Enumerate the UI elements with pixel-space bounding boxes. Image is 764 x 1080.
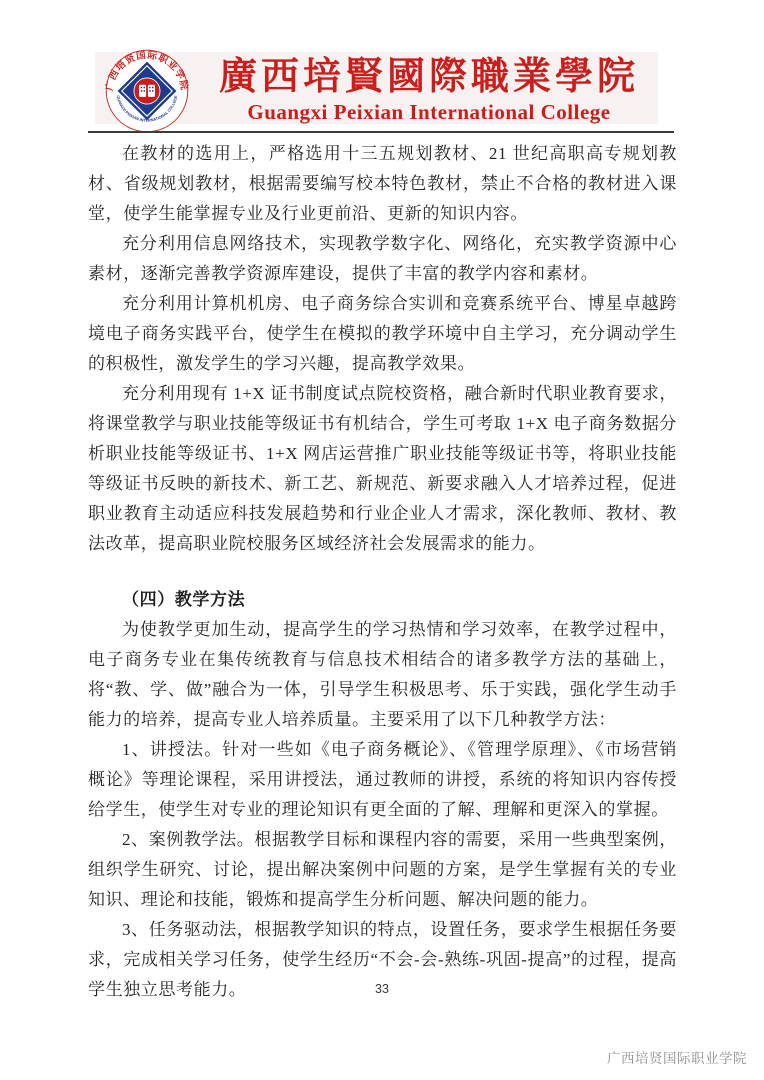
page-number: 33 [0,982,764,996]
logo-book-circle [134,78,160,104]
paragraph-method-case-study: 2、案例教学法。根据教学目标和课程内容的需要，采用一些典型案例，组织学生研究、讨… [88,825,677,915]
paragraph-computer-labs: 充分利用计算机机房、电子商务综合实训和竞赛系统平台、博星卓越跨境电子商务实践平台… [88,289,677,379]
section-heading-teaching-methods: （四）教学方法 [88,585,677,615]
header-divider-line [88,131,674,133]
paragraph-network-technology: 充分利用信息网络技术，实现教学数字化、网络化，充实教学资源中心素材，逐渐完善教学… [88,229,677,289]
college-title-block: 廣西培賢國際職業學院 Guangxi Peixian International… [198,54,660,124]
paragraph-method-lecture: 1、讲授法。针对一些如《电子商务概论》、《管理学原理》、《市场营销概论》等理论课… [88,735,677,825]
document-page: 广西培贤国际职业学院 GUANGXI PEIXIAN INTERNATIONAL… [0,0,764,1080]
paragraph-teaching-methods-intro: 为使教学更加生动，提高学生的学习热情和学习效率，在教学过程中，电子商务专业在集传… [88,615,677,735]
paragraph-textbook-selection: 在教材的选用上，严格选用十三五规划教材、21 世纪高职高专规划教材、省级规划教材… [88,139,677,229]
college-seal-logo-icon: 广西培贤国际职业学院 GUANGXI PEIXIAN INTERNATIONAL… [105,49,189,133]
footer-watermark: 广西培贤国际职业学院 [607,1047,747,1067]
college-name-english: Guangxi Peixian International College [198,100,660,124]
paragraph-1x-certificates: 充分利用现有 1+X 证书制度试点院校资格，融合新时代职业教育要求，将课堂教学与… [88,379,677,559]
document-body: 在教材的选用上，严格选用十三五规划教材、21 世纪高职高专规划教材、省级规划教材… [88,139,677,1005]
college-name-chinese: 廣西培賢國際職業學院 [198,54,660,100]
